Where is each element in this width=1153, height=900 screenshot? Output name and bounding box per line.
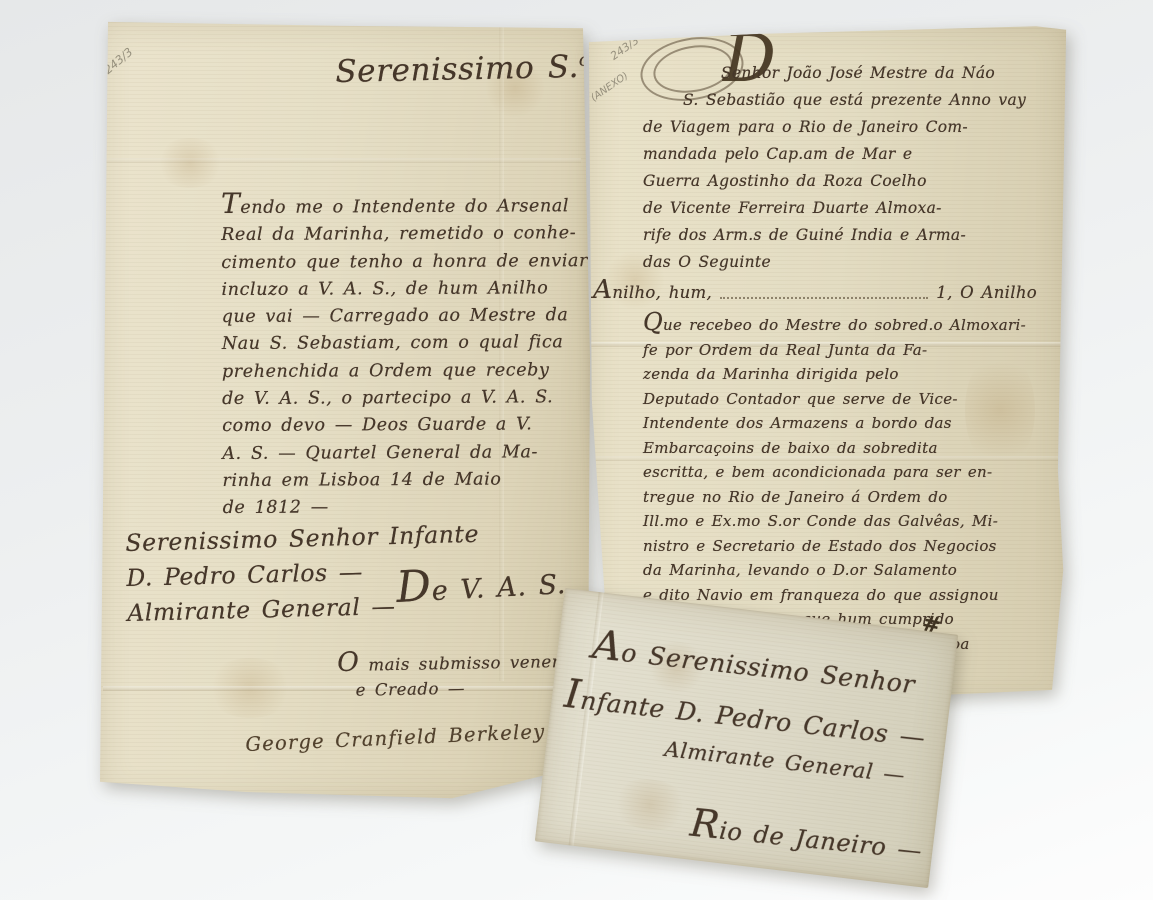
receipt-line: da Marinha, levando o D.or Salamento [643,558,1037,583]
body-line: como devo — Deos Guarde a V. [222,411,589,440]
receipt-line: escritta, e bem acondicionada para ser e… [643,460,1037,485]
receipt-line: rife dos Arm.s de Guiné India e Arma- [643,222,1037,249]
receipt-line: mandada pelo Cap.am de Mar e [643,141,1037,168]
body-line: cimento que tenho a honra de enviar [221,248,588,277]
receipt-line: Guerra Agostinho da Roza Coelho [643,168,1037,195]
item-label: Anilho, hum, [593,276,712,306]
dotted-leader [720,297,928,299]
body-line: Real da Marinha, remetido o conhe- [221,220,588,249]
body-line: Tendo me o Intendente do Arsenal [221,188,588,222]
signature: George Cranfield Berkeley [245,720,546,756]
receipt-line: de Vicente Ferreira Duarte Almoxa- [643,195,1037,222]
heading-main: Serenissimo S. [335,49,579,90]
receipt-line: S. Sebastião que está prezente Anno vay [643,87,1037,114]
letter-body: Tendo me o Intendente do Arsenal Real da… [221,188,589,522]
courtesy-formula: De V. A. S. [395,554,567,613]
envelope-destination: Rio de Janeiro — [688,801,925,869]
body-line: Nau S. Sebastiam, com o qual fica [222,330,589,359]
archival-note-pencil-2: (ANEXO) [589,70,630,104]
envelope: Ao Serenissimo Senhor Infante D. Pedro C… [535,588,958,888]
age-stain [155,138,225,188]
letter-heading: Serenissimo S.or [335,48,595,90]
receipt-line: e dito Navio em franqueza do que assigno… [643,583,1037,608]
receipt-line: tregue no Rio de Janeiro á Ordem do [643,485,1037,510]
age-stain [205,658,295,718]
receipt-line: Que recebeo do Mestre do sobred.o Almoxa… [643,310,1037,338]
left-letter-paper: 243/3 Serenissimo S.or Tendo me o Intend… [95,18,595,803]
receipt-line: nistro e Secretario de Estado dos Negoci… [643,534,1037,559]
left-letter-sheet: 243/3 Serenissimo S.or Tendo me o Intend… [95,18,595,803]
receipt-line: Ill.mo e Ex.mo S.or Conde das Galvêas, M… [643,509,1037,534]
fold-crease [103,158,581,163]
item-value: 1, O Anilho [936,279,1037,306]
body-line: prehenchida a Ordem que receby [222,357,589,386]
body-line: incluzo a V. A. S., de hum Anilho [221,275,588,304]
body-line: A. S. — Quartel General da Ma- [222,439,589,468]
archival-note-pencil: 243/3 [608,34,641,63]
archival-note-pencil: 243/3 [101,45,135,77]
receipt-text-block: Senhor João José Mestre da Náo S. Sebast… [643,60,1037,656]
receipt-line: fe por Ordem da Real Junta da Fa- [643,338,1037,363]
envelope-paper: Ao Serenissimo Senhor Infante D. Pedro C… [535,588,958,888]
receipt-line: Intendente dos Armazens a bordo das [643,411,1037,436]
receipt-line: zenda da Marinha dirigida pelo [643,362,1037,387]
receipt-item-row: Anilho, hum, 1, O Anilho [593,276,1037,306]
receipt-line: das O Seguinte [643,249,1037,276]
receipt-line: Deputado Contador que serve de Vice- [643,387,1037,412]
body-line: que vai — Carregado ao Mestre da [222,302,589,331]
age-stain [607,775,692,834]
receipt-line: Embarcaçoins de baixo da sobredita [643,436,1037,461]
body-line: de V. A. S., o partecipo a V. A. S. [222,384,589,413]
photograph-of-documents: 243/3 Serenissimo S.or Tendo me o Intend… [0,0,1153,900]
receipt-line: Senhor João José Mestre da Náo [643,60,1037,87]
receipt-line: de Viagem para o Rio de Janeiro Com- [643,114,1037,141]
body-line: rinha em Lisboa 14 de Maio [222,466,589,495]
